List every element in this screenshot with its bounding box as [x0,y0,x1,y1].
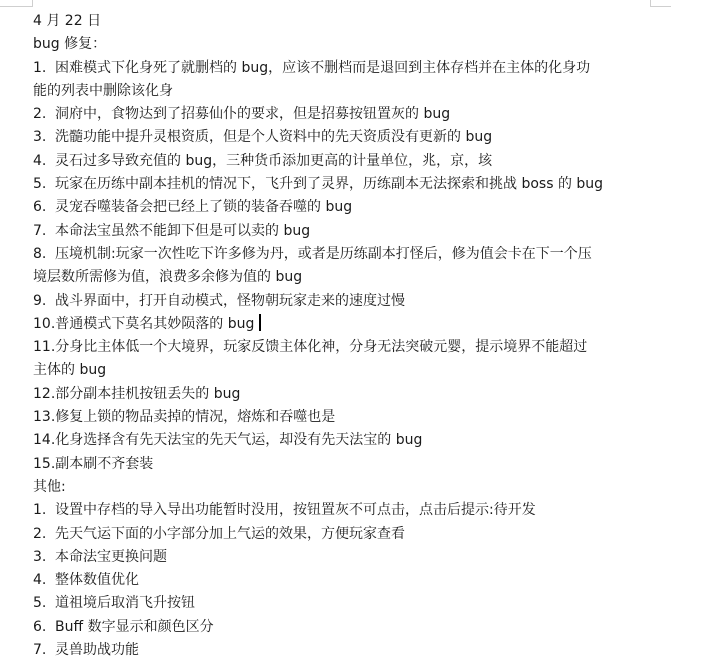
other-item-4: 4.整体数值优化 [33,569,673,592]
bug-item-7: 7.本命法宝虽然不能卸下但是可以卖的 bug [33,220,673,243]
other-item-1: 1.设置中存档的导入导出功能暂时没用，按钮置灰不可点击，点击后提示:待开发 [33,499,673,522]
bug-item-11: 11.分身比主体低一个大境界，玩家反馈主体化神，分身无法突破元婴，提示境界不能超… [33,336,673,359]
text-cursor [259,314,261,331]
bug-item-6: 6.灵宠吞噬装备会把已经上了锁的装备吞噬的 bug [33,196,673,219]
page-corner-mark-left [0,0,33,7]
bug-section-title: bug 修复： [33,33,673,56]
other-section-title: 其他: [33,476,673,499]
other-item-7: 7.灵兽助战功能 [33,639,673,662]
bug-item-8-continuation: 境层数所需修为值，浪费多余修为值的 bug [33,266,673,289]
bug-item-1: 1.困难模式下化身死了就删档的 bug，应该不删档而是退回到主体存档并在主体的化… [33,57,673,80]
other-item-5: 5.道祖境后取消飞升按钮 [33,592,673,615]
bug-item-5: 5.玩家在历练中副本挂机的情况下，飞升到了灵界，历练副本无法探索和挑战 boss… [33,173,673,196]
other-item-6: 6.Buff 数字显示和颜色区分 [33,616,673,639]
other-item-3: 3.本命法宝更换问题 [33,546,673,569]
page-corner-mark-right [650,0,671,7]
bug-item-14: 14.化身选择含有先天法宝的先天气运，却没有先天法宝的 bug [33,429,673,452]
bug-item-11-continuation: 主体的 bug [33,359,673,382]
bug-item-4: 4.灵石过多导致充值的 bug，三种货币添加更高的计量单位，兆，京，垓 [33,150,673,173]
bug-item-8: 8.压境机制:玩家一次性吃下许多修为丹，或者是历练副本打怪后，修为值会卡在下一个… [33,243,673,266]
bug-item-1-continuation: 能的列表中删除该化身 [33,80,673,103]
other-item-2: 2.先天气运下面的小字部分加上气运的效果，方便玩家查看 [33,523,673,546]
bug-item-15: 15.副本刷不齐套装 [33,453,673,476]
bug-item-2: 2.洞府中，食物达到了招募仙仆的要求，但是招募按钮置灰的 bug [33,103,673,126]
bug-item-3: 3.洗髓功能中提升灵根资质，但是个人资料中的先天资质没有更新的 bug [33,126,673,149]
date-heading: 4 月 22 日 [33,10,673,33]
bug-item-12: 12.部分副本挂机按钮丢失的 bug [33,383,673,406]
bug-item-9: 9.战斗界面中，打开自动模式，怪物朝玩家走来的速度过慢 [33,290,673,313]
document-body[interactable]: 4 月 22 日 bug 修复： 1.困难模式下化身死了就删档的 bug，应该不… [33,10,673,662]
bug-item-10: 10.普通模式下莫名其妙陨落的 bug [33,313,673,336]
bug-item-13: 13.修复上锁的物品卖掉的情况，熔炼和吞噬也是 [33,406,673,429]
